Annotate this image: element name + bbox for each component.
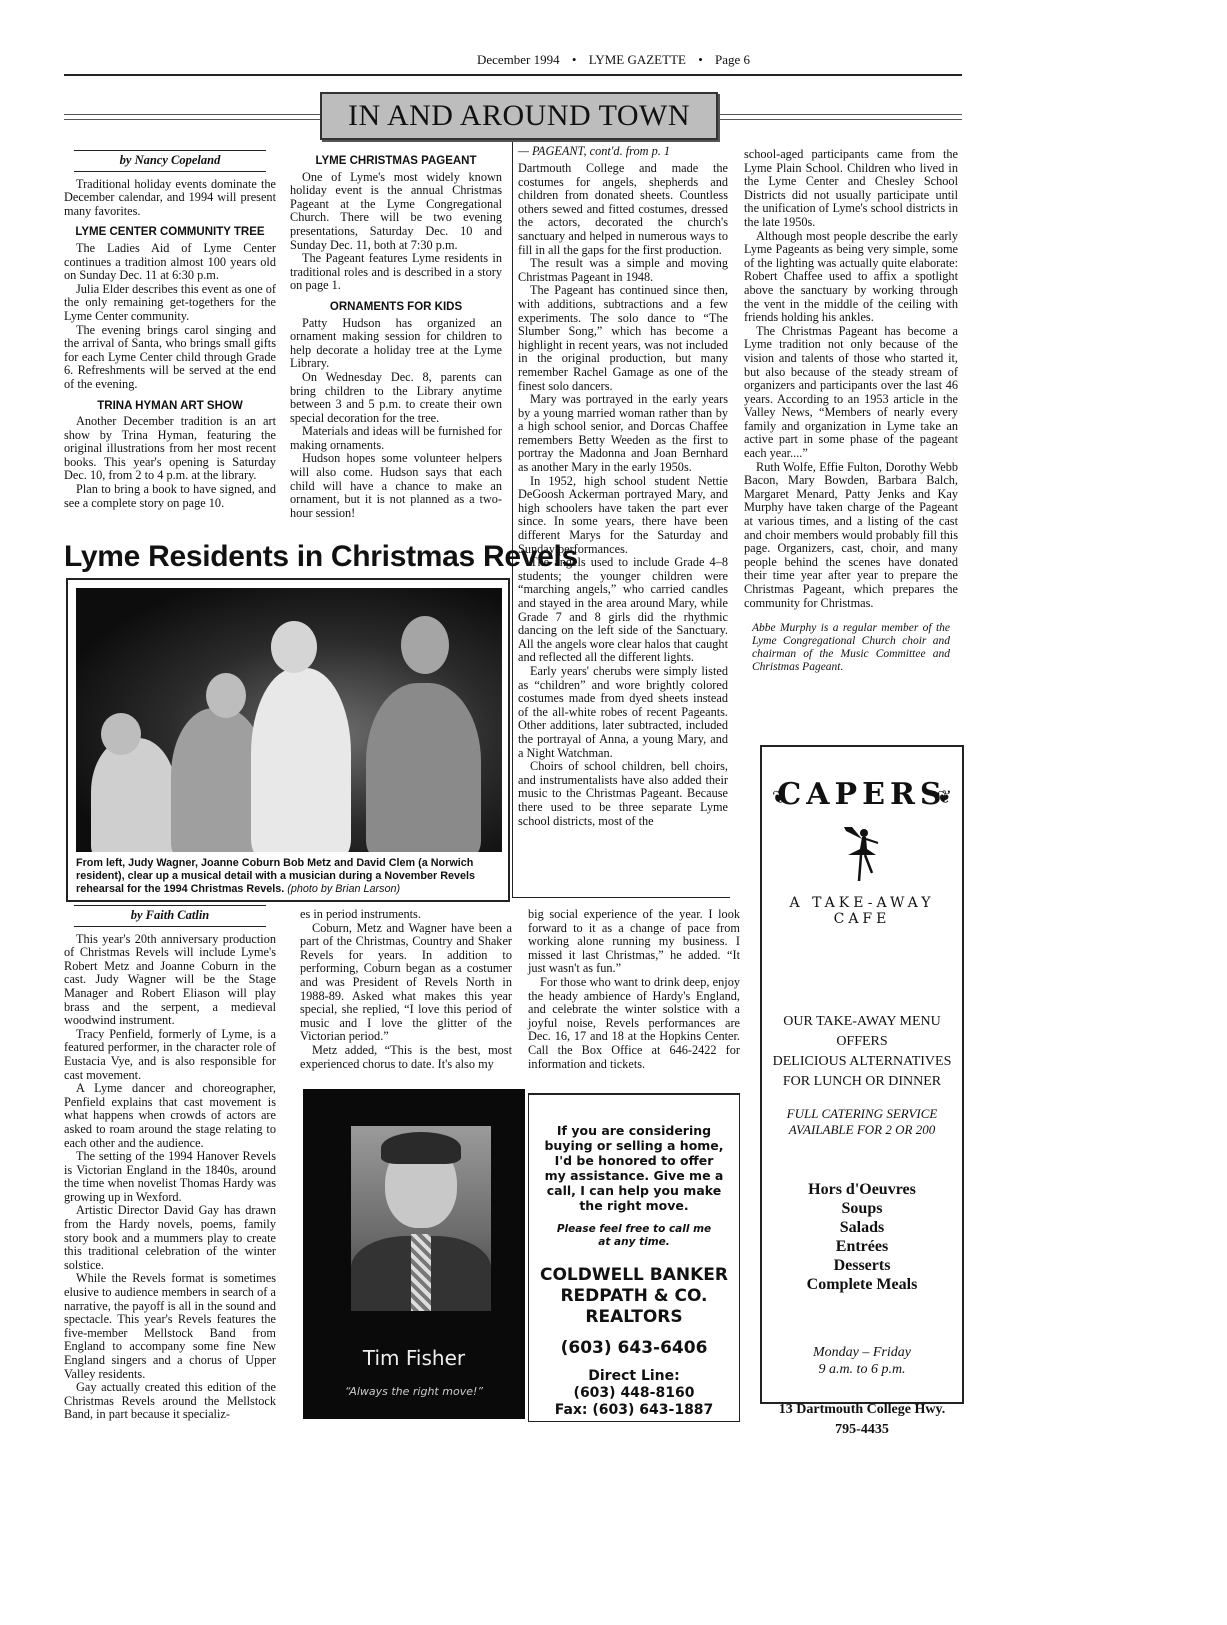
firm-line: COLDWELL BANKER [529,1265,739,1286]
menu-line: OUR TAKE-AWAY MENU [762,1012,962,1032]
revels-photo-box: From left, Judy Wagner, Joanne Coburn Bo… [66,578,510,902]
paragraph: Although most people describe the early … [744,230,958,325]
paragraph: A Lyme dancer and choreographer, Penfiel… [64,1082,276,1150]
revels-column-3: big social experience of the year. I loo… [528,908,740,1071]
ornament-icon: ❦ [772,787,787,808]
person-head [401,616,449,674]
firm-line: REALTORS [529,1307,739,1328]
paragraph: Julia Elder describes this event as one … [64,283,276,324]
logo-tagline: A TAKE-AWAY CAFE [762,895,962,927]
paragraph: For those who want to drink deep, enjoy … [528,976,740,1071]
header-rule [64,74,962,76]
photo-caption: From left, Judy Wagner, Joanne Coburn Bo… [76,857,504,896]
paragraph: One of Lyme's most widely known holiday … [290,171,502,253]
portrait-tie [411,1234,431,1311]
subhead: LYME CENTER COMMUNITY TREE [64,226,276,240]
paragraph: Hudson hopes some volunteer helpers will… [290,452,502,520]
office-phone: (603) 643-6406 [529,1338,739,1358]
menu-item: Complete Meals [762,1275,962,1294]
paragraph: Coburn, Metz and Wagner have been a part… [300,922,512,1044]
dancer-silhouette-icon [842,825,882,885]
paragraph: school-aged participants came from the L… [744,148,958,230]
subhead: ORNAMENTS FOR KIDS [290,301,502,315]
bullet-separator: • [572,52,577,67]
catering-note: FULL CATERING SERVICE AVAILABLE FOR 2 OR… [762,1106,962,1138]
banner-rule-right [716,114,962,120]
byline: by Faith Catlin [74,905,266,927]
byline: by Nancy Copeland [74,150,266,172]
paragraph: The evening brings carol singing and the… [64,324,276,392]
paragraph: The Pageant has continued since then, wi… [518,284,728,393]
catering-line: FULL CATERING SERVICE [762,1106,962,1122]
revels-headline: Lyme Residents in Christmas Revels [64,540,512,574]
events-column-2: LYME CHRISTMAS PAGEANT One of Lyme's mos… [290,155,502,520]
paragraph: Early years' cherubs were simply listed … [518,665,728,760]
person-head [206,673,246,718]
paragraph: es in period instruments. [300,908,512,922]
paragraph: Choirs of school children, bell choirs, … [518,760,728,828]
page-number: Page 6 [715,52,750,67]
menu-line: FOR LUNCH OR DINNER [762,1072,962,1092]
agent-slogan: “Always the right move!” [303,1385,525,1398]
person-figure [366,683,481,852]
bullet-separator: • [698,52,703,67]
menu-item: Salads [762,1218,962,1237]
paragraph: This year's 20th anniversary production … [64,933,276,1028]
menu-item: Soups [762,1199,962,1218]
hours-time: 9 a.m. to 6 p.m. [762,1361,962,1378]
paragraph: While the Revels format is sometimes elu… [64,1272,276,1381]
menu-item: Hors d'Oeuvres [762,1180,962,1199]
author-note: Abbe Murphy is a regular member of the L… [752,622,950,674]
direct-phone: (603) 448-8160 [529,1385,739,1402]
menu-item: Desserts [762,1256,962,1275]
firm-name: COLDWELL BANKER REDPATH & CO. REALTORS [529,1265,739,1328]
logo-word: CAPERS [762,777,962,812]
issue-date: December 1994 [477,52,560,67]
fax-number: Fax: (603) 643-1887 [529,1402,739,1419]
paragraph: Ruth Wolfe, Effie Fulton, Dorothy Webb B… [744,461,958,611]
subhead: TRINA HYMAN ART SHOW [64,400,276,414]
photo-credit: (photo by Brian Larson) [287,883,400,895]
publication-name: LYME GAZETTE [589,52,686,67]
events-column-1: by Nancy Copeland Traditional holiday ev… [64,150,276,510]
paragraph: On Wednesday Dec. 8, parents can bring c… [290,371,502,425]
paragraph: The setting of the 1994 Hanover Revels i… [64,1150,276,1204]
paragraph: The Ladies Aid of Lyme Center continues … [64,242,276,283]
ad-call-note: Please feel free to call me at any time. [529,1223,739,1249]
paragraph: Artistic Director David Gay has drawn fr… [64,1204,276,1272]
firm-line: REDPATH & CO. [529,1286,739,1307]
capers-cafe-ad: CAPERS ❦ ❦ A TAKE-AWAY CAFE OUR TAKE-AWA… [760,745,964,1404]
pageant-column-2: school-aged participants came from the L… [744,148,958,674]
hours-days: Monday – Friday [762,1344,962,1361]
paragraph: The Christmas Pageant has become a Lyme … [744,325,958,461]
paragraph: The result was a simple and moving Chris… [518,257,728,284]
person-figure [251,668,351,852]
person-head [101,713,141,755]
section-banner: IN AND AROUND TOWN [320,92,718,140]
paragraph: Dartmouth College and made the costumes … [518,162,728,257]
subhead: LYME CHRISTMAS PAGEANT [290,155,502,169]
ornament-icon: ❦ [937,787,952,808]
catering-line: AVAILABLE FOR 2 OR 200 [762,1122,962,1138]
paragraph: big social experience of the year. I loo… [528,908,740,976]
street-address: 13 Dartmouth College Hwy. [762,1400,962,1420]
menu-items: Hors d'Oeuvres Soups Salads Entrées Dess… [762,1180,962,1294]
paragraph: Plan to bring a book to have signed, and… [64,483,276,510]
agent-name: Tim Fisher [303,1346,525,1370]
revels-column-1: by Faith Catlin This year's 20th anniver… [64,905,276,1422]
agent-portrait [351,1126,491,1311]
revels-photo [76,588,502,852]
portrait-hair [381,1132,461,1164]
paragraph: The Pageant features Lyme residents in t… [290,252,502,293]
paragraph: Materials and ideas will be furnished fo… [290,425,502,452]
banner-rule-left [64,114,320,120]
realtor-photo-ad: Tim Fisher “Always the right move!” [303,1089,525,1419]
cafe-address: 13 Dartmouth College Hwy. 795-4435 [762,1400,962,1440]
menu-line: OFFERS [762,1032,962,1052]
paragraph: Tracy Penfield, formerly of Lyme, is a f… [64,1028,276,1082]
paragraph: Mary was portrayed in the early years by… [518,393,728,475]
menu-item: Entrées [762,1237,962,1256]
cafe-phone: 795-4435 [762,1420,962,1440]
continuation-label: — PAGEANT, cont'd. from p. 1 [518,145,728,158]
person-head [271,621,317,673]
pageant-column-1: — PAGEANT, cont'd. from p. 1 Dartmouth C… [518,145,728,828]
caption-text: From left, Judy Wagner, Joanne Coburn Bo… [76,857,475,895]
capers-logo: CAPERS ❦ ❦ A TAKE-AWAY CAFE [762,747,962,937]
person-figure [91,738,176,852]
box-bottom-rule [512,897,730,898]
revels-column-2: es in period instruments. Coburn, Metz a… [300,908,512,1071]
intro-paragraph: Traditional holiday events dominate the … [64,178,276,219]
ad-intro: If you are considering buying or selling… [529,1123,739,1213]
business-hours: Monday – Friday 9 a.m. to 6 p.m. [762,1344,962,1378]
menu-heading: OUR TAKE-AWAY MENU OFFERS DELICIOUS ALTE… [762,1012,962,1092]
paragraph: Patty Hudson has organized an ornament m… [290,317,502,371]
menu-line: DELICIOUS ALTERNATIVES [762,1052,962,1072]
column-rule [512,142,513,898]
direct-label: Direct Line: [529,1368,739,1385]
coldwell-banker-ad: If you are considering buying or selling… [528,1093,740,1422]
paragraph: Gay actually created this edition of the… [64,1381,276,1422]
paragraph: Another December tradition is an art sho… [64,415,276,483]
direct-line: Direct Line: (603) 448-8160 Fax: (603) 6… [529,1368,739,1419]
paragraph: Metz added, “This is the best, most expe… [300,1044,512,1071]
page-folio: December 1994 • LYME GAZETTE • Page 6 [0,52,1227,68]
